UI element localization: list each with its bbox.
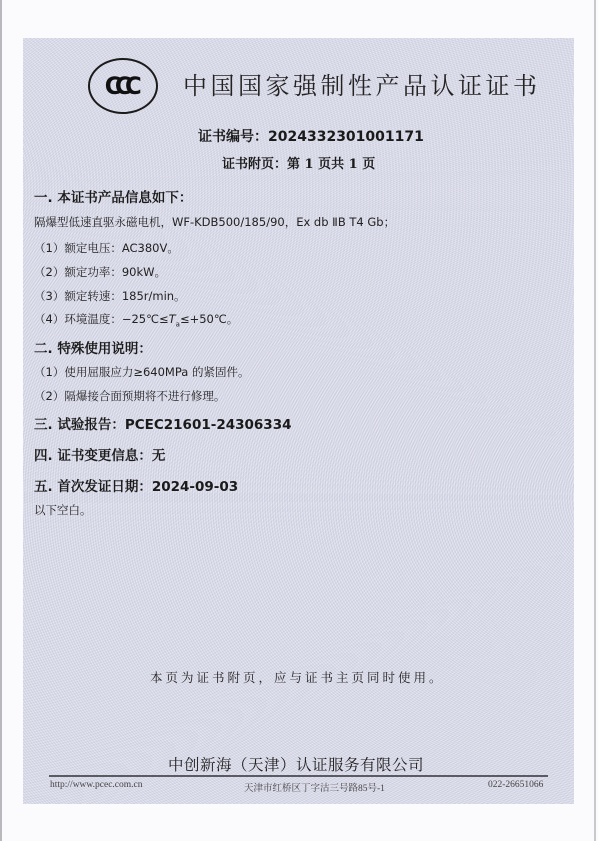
certificate-number: 证书编号：2024332301001171 <box>198 126 424 146</box>
ccc-logo-text: CCC <box>105 72 135 100</box>
product-rated-speed: （3）额定转速：185r/min。 <box>34 288 186 304</box>
product-rated-voltage: （1）额定电压：AC380V。 <box>34 240 179 256</box>
certificate-number-label: 证书编号： <box>198 129 268 145</box>
ambient-temp-prefix: （4）环境温度：−25℃≤ <box>34 312 169 326</box>
section-special-use-heading: 二. 特殊使用说明： <box>34 337 152 357</box>
page-right-border <box>594 0 596 841</box>
footer-divider <box>49 775 548 777</box>
special-use-item-1: （1）使用屈服应力≥640MPa 的紧固件。 <box>34 364 249 380</box>
ccc-logo: CCC <box>88 58 158 114</box>
certificate-number-value: 2024332301001171 <box>268 129 424 145</box>
section-product-info-heading: 一. 本证书产品信息如下： <box>34 186 192 206</box>
product-description: 隔爆型低速直驱永磁电机，WF-KDB500/185/90，Ex db ⅡB T4… <box>34 214 395 230</box>
footer-address: 天津市红桥区丁字沽三号路85号-1 <box>244 780 385 794</box>
ambient-temp-variable: T <box>169 312 176 326</box>
blank-below-note: 以下空白。 <box>34 502 92 518</box>
footer-website: http://www.pcec.com.cn <box>50 780 143 790</box>
certificate-title: 中国国家强制性产品认证证书 <box>183 66 541 101</box>
section-certificate-changes: 四. 证书变更信息：无 <box>34 444 165 464</box>
page-left-border <box>0 0 2 841</box>
ambient-temp-suffix: ≤+50℃。 <box>180 312 238 326</box>
product-ambient-temperature: （4）环境温度：−25℃≤Ta≤+50℃。 <box>34 311 238 328</box>
attachment-usage-note: 本页为证书附页，应与证书主页同时使用。 <box>150 668 445 686</box>
product-rated-power: （2）额定功率：90kW。 <box>34 264 166 280</box>
footer-phone: 022-26651066 <box>488 780 543 790</box>
attachment-page-indicator: 证书附页：第 1 页共 1 页 <box>222 153 375 172</box>
section-test-report: 三. 试验报告：PCEC21601-24306334 <box>34 413 291 433</box>
special-use-item-2: （2）隔爆接合面预期将不进行修理。 <box>34 388 225 404</box>
issuing-company-name: 中创新海（天津）认证服务有限公司 <box>168 753 424 775</box>
section-first-issue-date: 五. 首次发证日期：2024-09-03 <box>34 475 238 495</box>
